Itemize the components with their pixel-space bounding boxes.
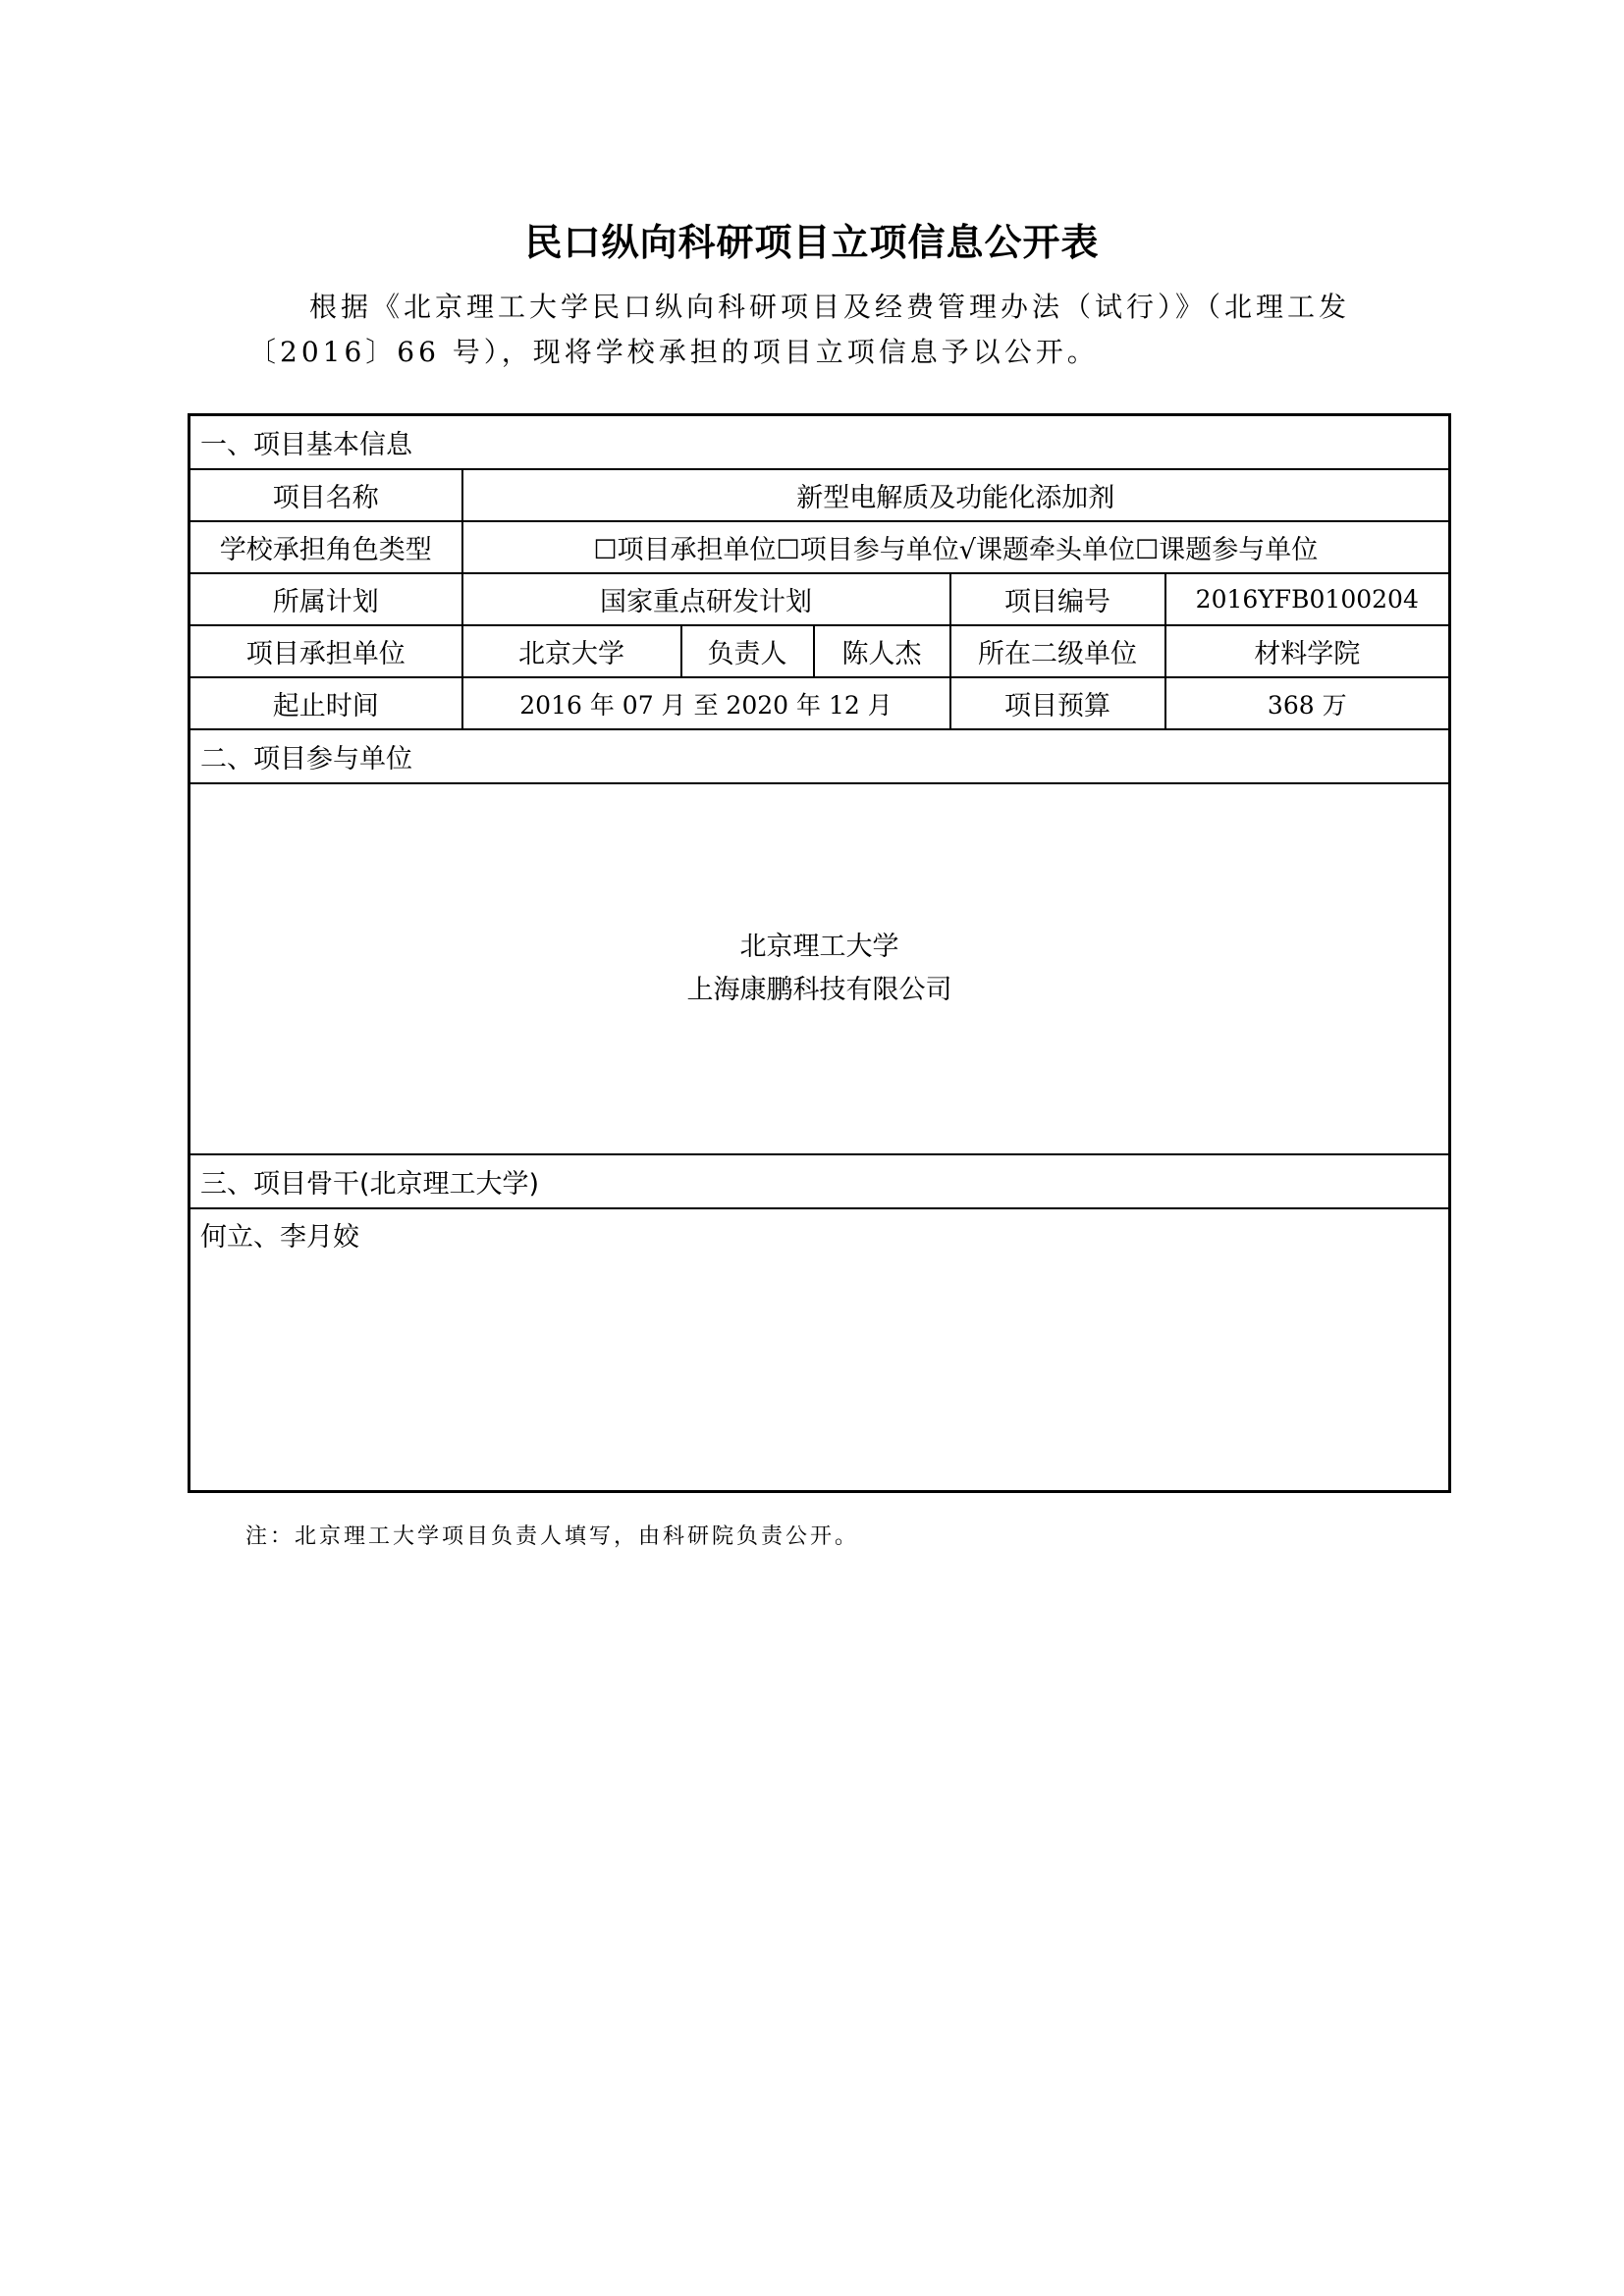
dept-label: 所在二级单位 <box>950 625 1165 677</box>
project-no-value: 2016YFB0100204 <box>1165 573 1450 625</box>
participant-units: 北京理工大学 上海康鹏科技有限公司 <box>189 783 1450 1154</box>
pi-label: 负责人 <box>681 625 814 677</box>
checkbox-icon: ☐ <box>1135 535 1159 565</box>
intro-paragraph: 根据《北京理工大学民口纵向科研项目及经费管理办法（试行）》（北理工发 〔2016… <box>248 285 1387 375</box>
participant-unit: 北京理工大学 <box>200 926 1438 969</box>
plan-label: 所属计划 <box>189 573 462 625</box>
checkbox-icon: ☐ <box>777 535 800 565</box>
role-option-label: 项目参与单位 <box>800 535 959 565</box>
dept-value: 材料学院 <box>1165 625 1450 677</box>
role-option-label: 课题参与单位 <box>1159 535 1318 565</box>
role-type-options: ☐项目承担单位☐项目参与单位√课题牵头单位☐课题参与单位 <box>462 521 1450 573</box>
info-table: 一、项目基本信息 项目名称 新型电解质及功能化添加剂 学校承担角色类型 ☐项目承… <box>188 413 1451 1493</box>
budget-value: 368 万 <box>1165 677 1450 729</box>
period-label: 起止时间 <box>189 677 462 729</box>
project-name-value: 新型电解质及功能化添加剂 <box>462 469 1450 521</box>
section-header-backbone: 三、项目骨干(北京理工大学) <box>189 1154 1450 1208</box>
section-header-basic-info: 一、项目基本信息 <box>189 415 1450 470</box>
participant-unit: 上海康鹏科技有限公司 <box>200 969 1438 1012</box>
footnote: 注：北京理工大学项目负责人填写，由科研院负责公开。 <box>245 1520 859 1550</box>
role-option-label: 项目承担单位 <box>618 535 777 565</box>
project-name-label: 项目名称 <box>189 469 462 521</box>
checkmark-icon: √ <box>959 535 976 565</box>
intro-line-1: 根据《北京理工大学民口纵向科研项目及经费管理办法（试行）》（北理工发 <box>309 291 1350 323</box>
backbone-members: 何立、李月姣 <box>189 1208 1450 1492</box>
role-type-label: 学校承担角色类型 <box>189 521 462 573</box>
pi-value: 陈人杰 <box>814 625 950 677</box>
lead-unit-label: 项目承担单位 <box>189 625 462 677</box>
plan-value: 国家重点研发计划 <box>462 573 950 625</box>
checkbox-icon: ☐ <box>593 535 617 565</box>
lead-unit-value: 北京大学 <box>462 625 681 677</box>
period-value: 2016 年 07 月 至 2020 年 12 月 <box>462 677 950 729</box>
budget-label: 项目预算 <box>950 677 1165 729</box>
project-no-label: 项目编号 <box>950 573 1165 625</box>
role-option-label: 课题牵头单位 <box>976 535 1135 565</box>
page-title: 民口纵向科研项目立项信息公开表 <box>0 212 1624 266</box>
section-header-participants: 二、项目参与单位 <box>189 729 1450 783</box>
intro-line-2: 〔2016〕66 号），现将学校承担的项目立项信息予以公开。 <box>248 336 1099 368</box>
